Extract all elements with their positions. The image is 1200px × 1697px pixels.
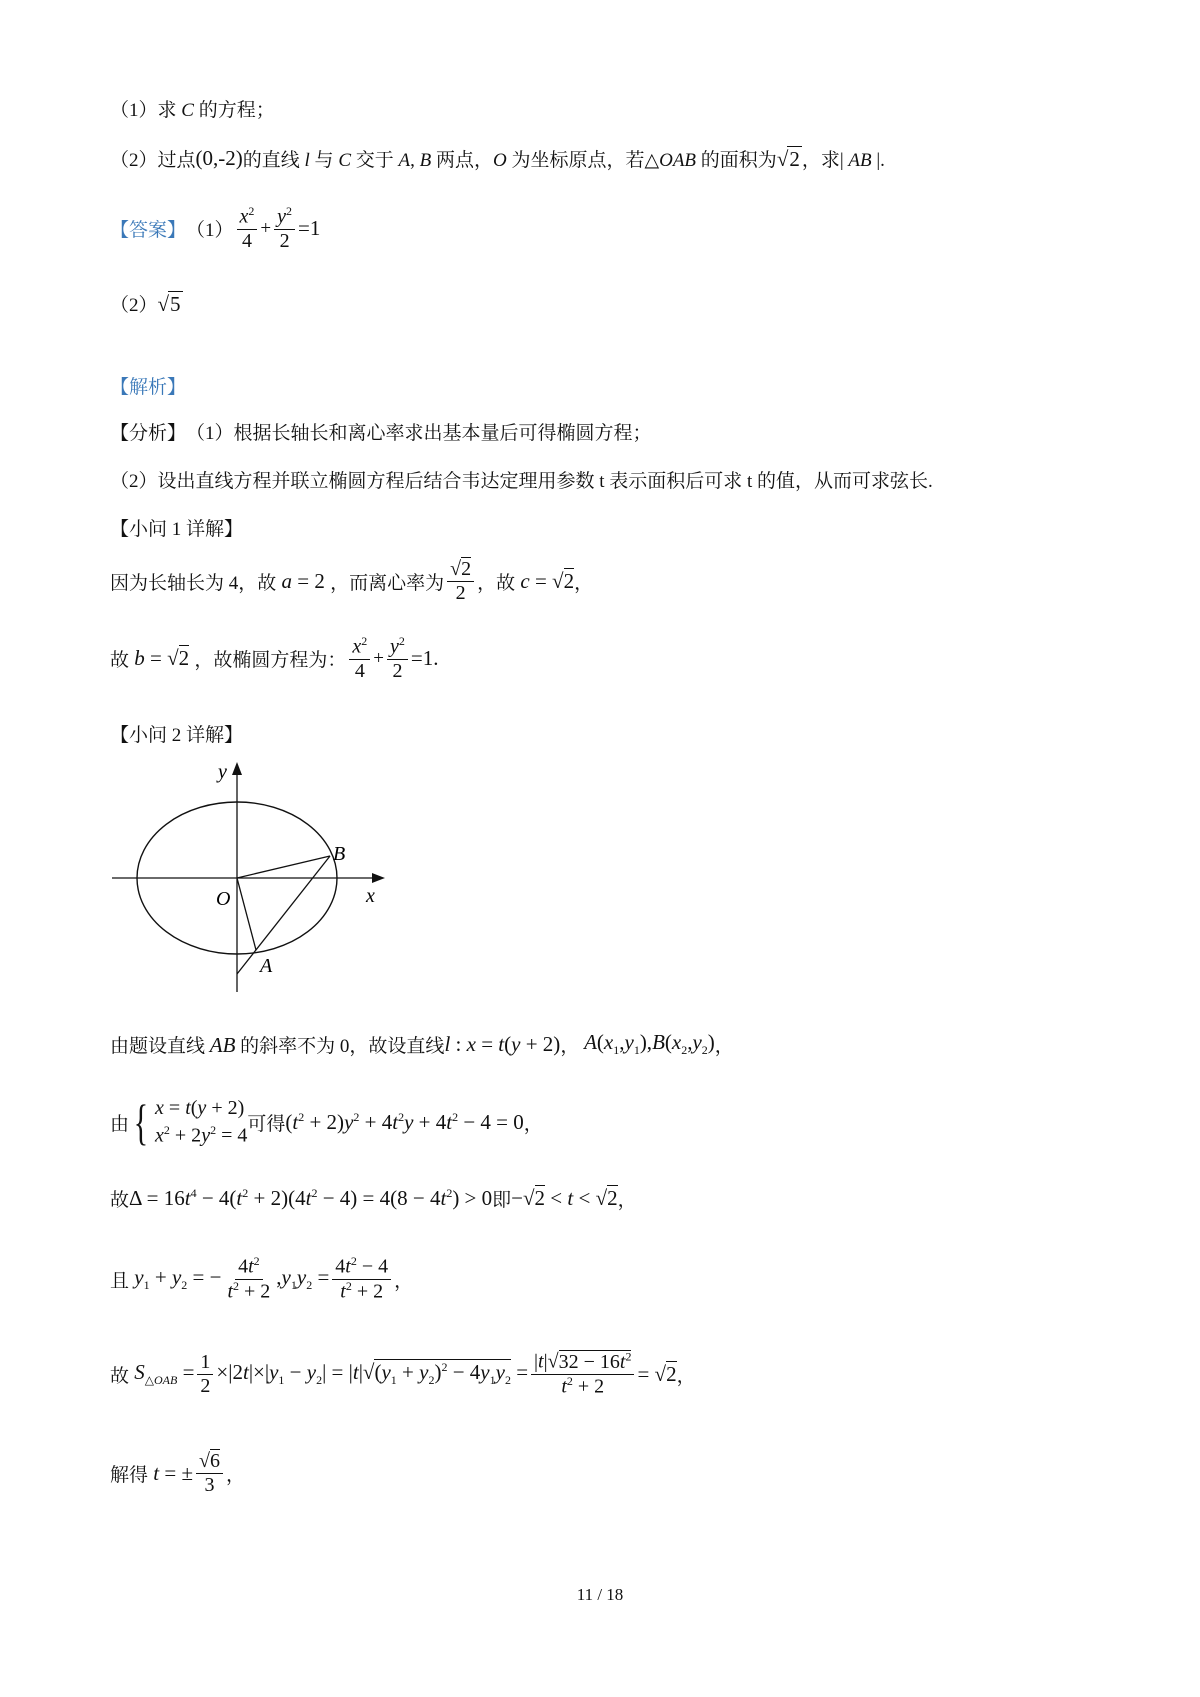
q2-line4: 且 y1 + y2 = − 4t2t2 + 2 ,y1y2 = 4t2 − 4t… — [110, 1255, 413, 1303]
question-part2: （2）过点(0,-2)的直线 l 与 C 交于 A, B 两点，O 为坐标原点，… — [110, 145, 885, 172]
q2-line2: 由{ x = t(y + 2)x2 + 2y2 = 4 可得(t2 + 2)y2… — [110, 1095, 543, 1150]
answer-part1: 【答案】 （1） x24+ y22=1 — [110, 205, 320, 253]
fenxi-2: （2）设出直线方程并联立椭圆方程后结合韦达定理用参数 t 表示面积后可求 t 的… — [110, 466, 933, 493]
q2-line6: 解得 t = ± √63， — [110, 1450, 245, 1497]
ellipse-figure: y x O B A — [100, 760, 400, 1000]
q2-line5: 故 S△OAB = 12 ×|2t|×|y1 − y2| = |t|√(y1 +… — [110, 1350, 696, 1398]
y-axis-arrow-icon — [232, 762, 242, 775]
q1-line1: 因为长轴长为 4，故 a = 2 ，而离心率为 √22 ，故 c = √2， — [110, 558, 593, 605]
question-part1: （1）求 C 的方程； — [110, 95, 275, 122]
svg-text:O: O — [216, 888, 230, 910]
fenxi-1: 【分析】（1）根据长轴长和离心率求出基本量后可得椭圆方程； — [110, 418, 652, 445]
answer-part2: （2） √5 — [110, 290, 183, 317]
answer-label: 【答案】 — [110, 215, 186, 242]
q2-line3: 故Δ = 16t4 − 4(t2 + 2)(4t2 − 4) = 4(8 − 4… — [110, 1185, 637, 1212]
q2-label: 【小问 2 详解】 — [110, 720, 243, 747]
x-axis-arrow-icon — [372, 873, 385, 883]
q1-label: 【小问 1 详解】 — [110, 514, 243, 541]
svg-text:y: y — [216, 761, 227, 783]
svg-text:x: x — [365, 885, 375, 907]
svg-text:B: B — [333, 843, 345, 865]
q1-line2: 故 b = √2 ，故椭圆方程为： x24+ y22=1. — [110, 635, 439, 683]
page-number: 11 / 18 — [0, 1585, 1200, 1605]
svg-text:A: A — [258, 955, 273, 977]
q2-line1: 由题设直线 AB 的斜率不为 0，故设直线 l : x = t(y + 2)， … — [110, 1030, 734, 1058]
analysis-label: 【解析】 — [110, 372, 186, 399]
